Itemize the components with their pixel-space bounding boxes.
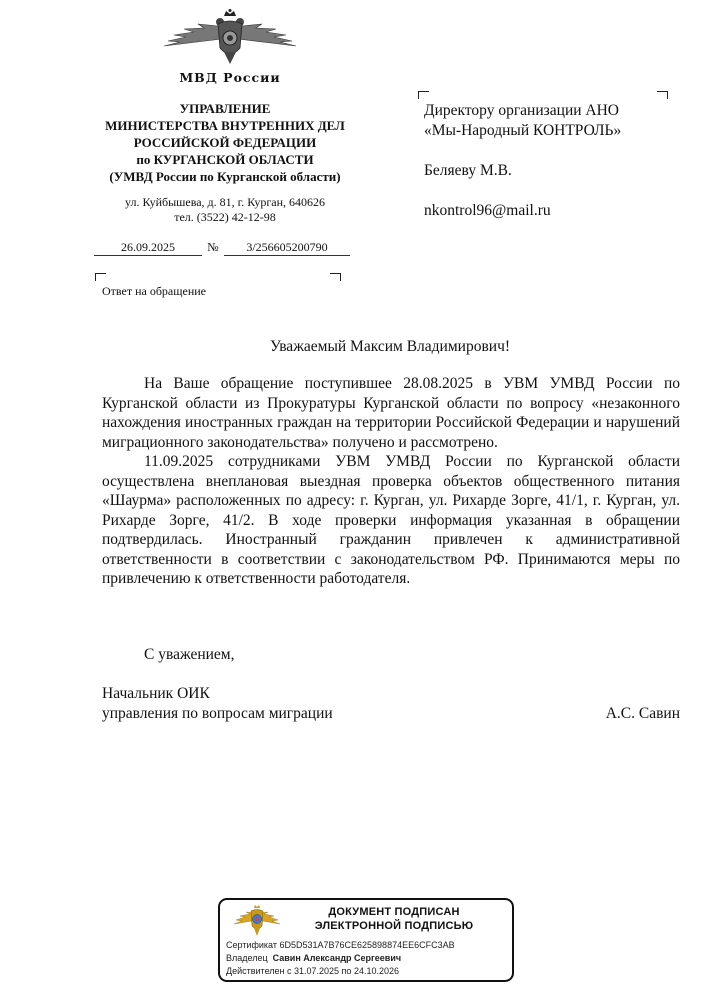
corner-mark — [657, 91, 668, 99]
organization-contacts: ул. Куйбышева, д. 81, г. Курган, 640626 … — [90, 195, 360, 225]
closing: С уважением, — [144, 646, 235, 664]
certificate-value: 6D5D531A7B76CE625898874EE6CFC3AB — [279, 940, 454, 950]
signature-title-line1: ДОКУМЕНТ ПОДПИСАН — [284, 905, 504, 919]
address: ул. Куйбышева, д. 81, г. Курган, 640626 — [90, 195, 360, 210]
emblem-caption: МВД России — [90, 70, 370, 85]
organization-name: УПРАВЛЕНИЕ МИНИСТЕРСТВА ВНУТРЕННИХ ДЕЛ Р… — [90, 100, 360, 185]
certificate-label: Сертификат — [226, 940, 277, 950]
registration-line: 26.09.2025 № 3/256605200790 — [94, 240, 350, 256]
recipient-name: Беляеву М.В. — [424, 161, 684, 181]
owner-label: Владелец — [226, 953, 268, 963]
recipient-email: nkontrol96@mail.ru — [424, 201, 684, 221]
owner-value: Савин Александр Сергеевич — [273, 953, 401, 963]
signer-title-line1: Начальник ОИК — [102, 684, 680, 704]
registration-number: 3/256605200790 — [224, 240, 350, 256]
corner-mark — [95, 273, 106, 281]
subject-line: Ответ на обращение — [102, 284, 206, 299]
recipient-position: Директору организации АНО — [424, 101, 684, 121]
signature-title: ДОКУМЕНТ ПОДПИСАН ЭЛЕКТРОННОЙ ПОДПИСЬЮ — [284, 905, 504, 933]
recipient-organization: «Мы-Народный КОНТРОЛЬ» — [424, 121, 684, 141]
letter-body: На Ваше обращение поступившее 28.08.2025… — [102, 374, 680, 589]
body-paragraph: 11.09.2025 сотрудниками УВМ УМВД России … — [102, 452, 680, 589]
signature-title-line2: ЭЛЕКТРОННОЙ ПОДПИСЬЮ — [284, 919, 504, 933]
mvd-emblem-icon — [160, 8, 300, 68]
signer-title-line2: управления по вопросам миграции — [102, 704, 333, 724]
org-line: УПРАВЛЕНИЕ — [90, 100, 360, 117]
signature-details: Сертификат 6D5D531A7B76CE625898874EE6CFC… — [226, 939, 455, 978]
owner-row: Владелец Савин Александр Сергеевич — [226, 952, 455, 965]
corner-mark — [330, 273, 341, 281]
number-sign: № — [206, 240, 220, 255]
signature-block: Начальник ОИК управления по вопросам миг… — [102, 684, 680, 723]
electronic-signature-stamp: ДОКУМЕНТ ПОДПИСАН ЭЛЕКТРОННОЙ ПОДПИСЬЮ С… — [218, 898, 514, 982]
signer-name: А.С. Савин — [606, 704, 680, 724]
body-paragraph: На Ваше обращение поступившее 28.08.2025… — [102, 374, 680, 452]
gold-eagle-emblem-icon — [232, 904, 282, 938]
org-line: по КУРГАНСКОЙ ОБЛАСТИ — [90, 151, 360, 168]
phone: тел. (3522) 42-12-98 — [90, 210, 360, 225]
validity-row: Действителен с 31.07.2025 по 24.10.2026 — [226, 965, 455, 978]
greeting: Уважаемый Максим Владимирович! — [100, 338, 680, 356]
org-line: МИНИСТЕРСТВА ВНУТРЕННИХ ДЕЛ — [90, 117, 360, 134]
org-line: (УМВД России по Курганской области) — [90, 168, 360, 185]
org-line: РОССИЙСКОЙ ФЕДЕРАЦИИ — [90, 134, 360, 151]
corner-mark — [418, 91, 429, 99]
registration-date: 26.09.2025 — [94, 240, 202, 256]
certificate-row: Сертификат 6D5D531A7B76CE625898874EE6CFC… — [226, 939, 455, 952]
recipient-block: Директору организации АНО «Мы-Народный К… — [424, 101, 684, 221]
